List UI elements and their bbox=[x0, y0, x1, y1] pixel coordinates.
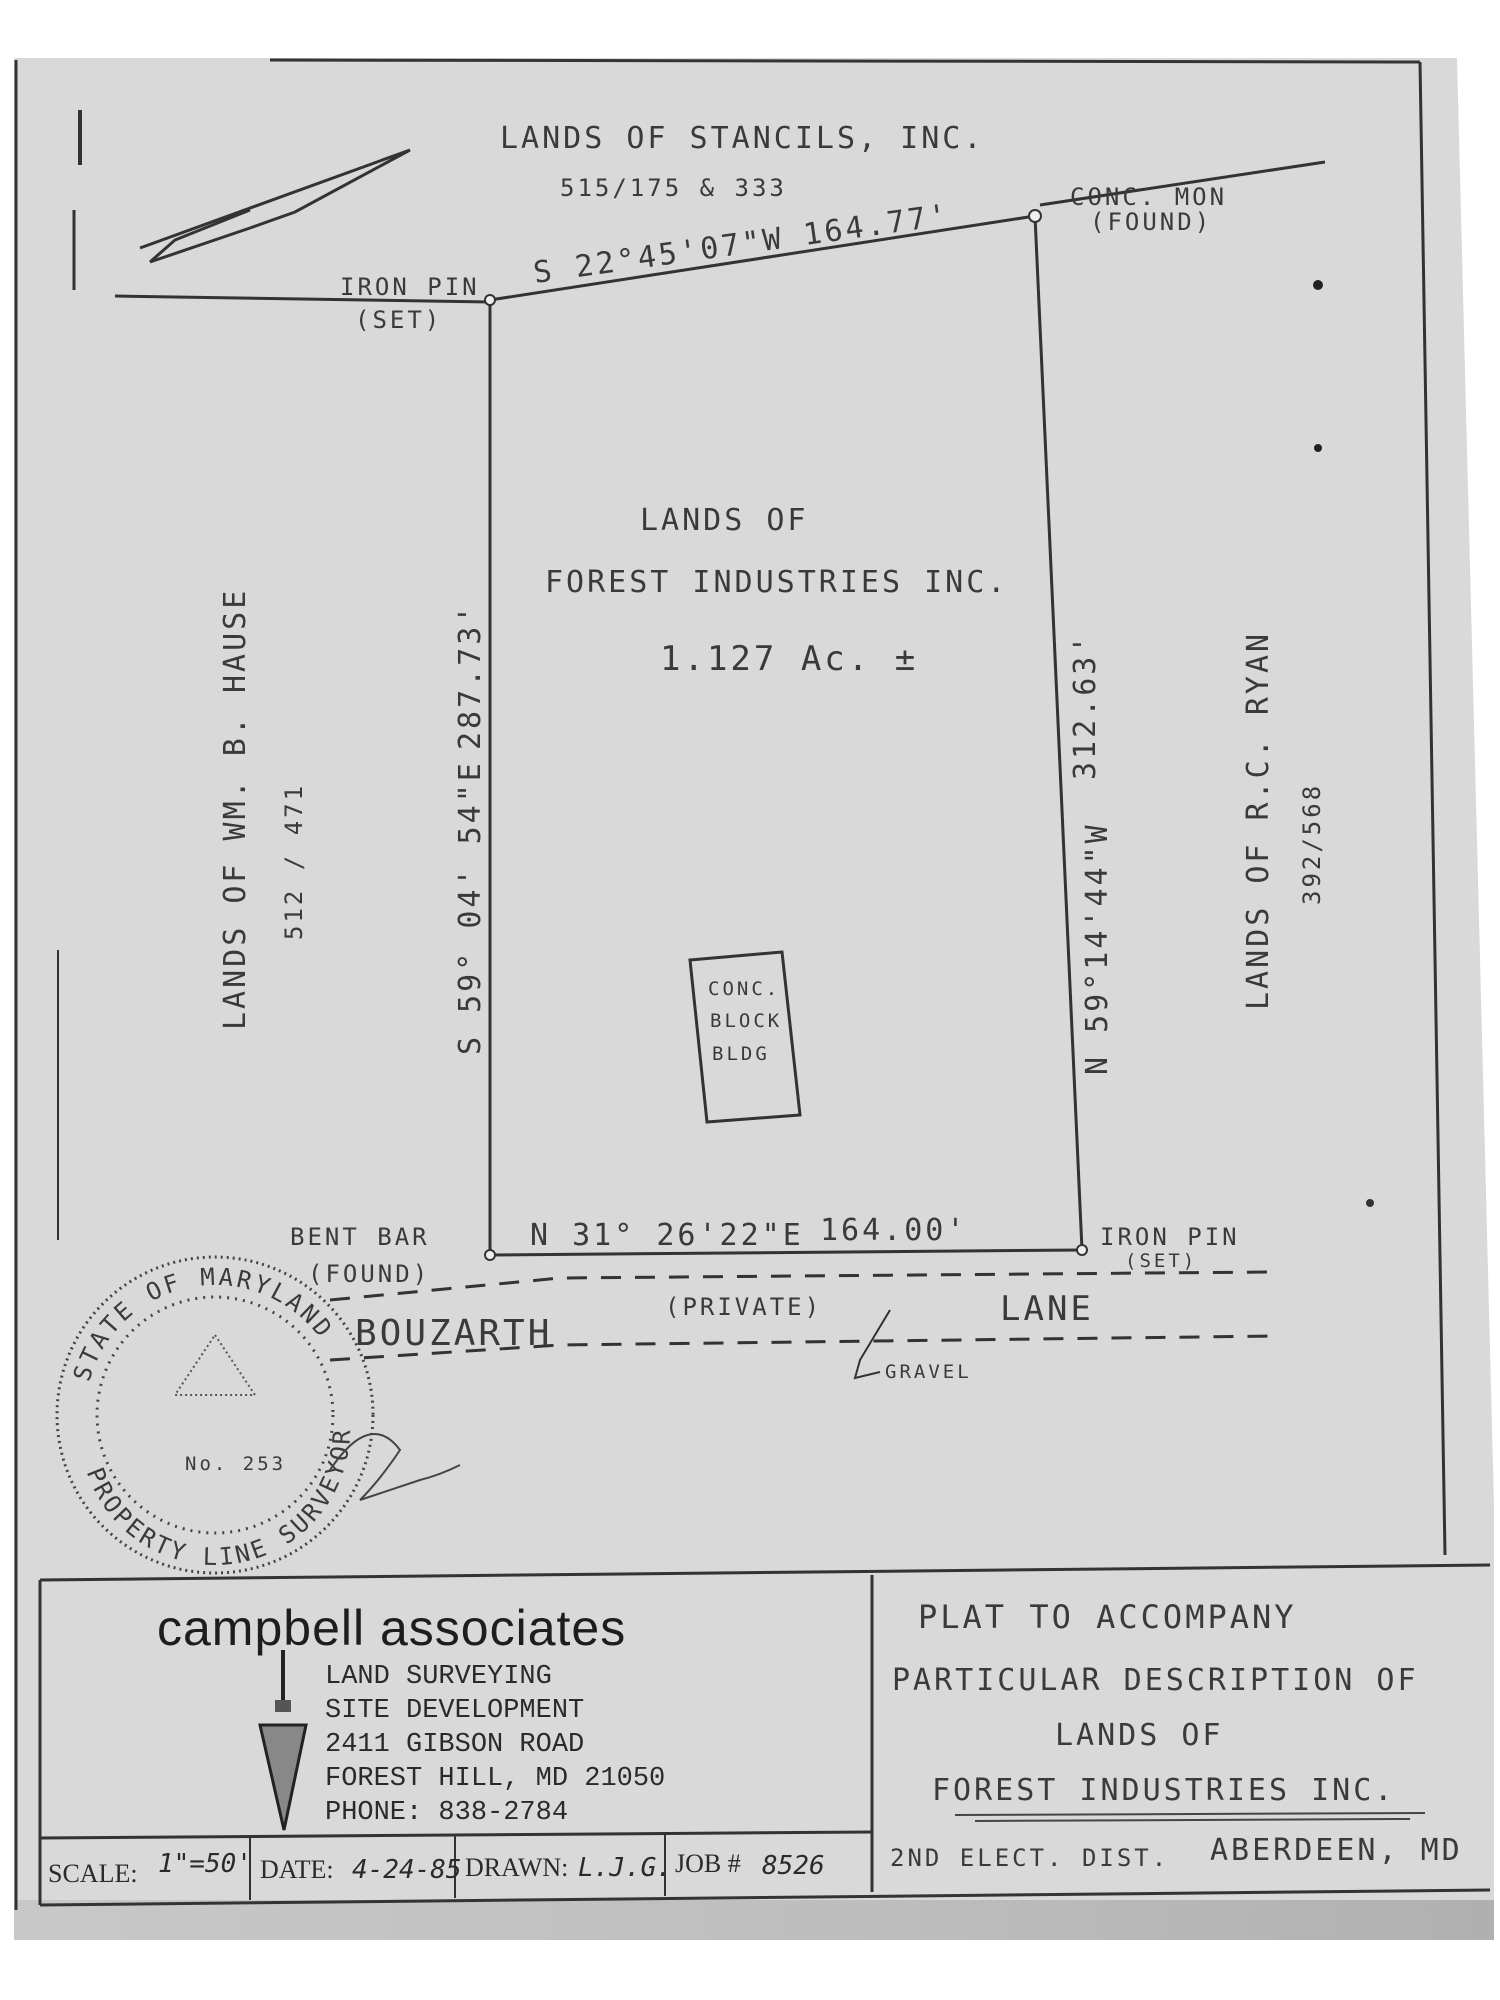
seal-emblem-icon bbox=[175, 1335, 255, 1395]
company-name: campbell associates bbox=[157, 1600, 626, 1656]
south-bearing: N 31° 26'22"E bbox=[530, 1218, 804, 1253]
ne-corner-label: CONC. MON bbox=[1070, 183, 1227, 211]
road-surface: GRAVEL bbox=[885, 1361, 972, 1383]
title-line2: PARTICULAR DESCRIPTION OF bbox=[892, 1663, 1419, 1698]
svg-text:BLOCK: BLOCK bbox=[710, 1010, 782, 1032]
address-line1: 2411 GIBSON ROAD bbox=[325, 1730, 584, 1760]
survey-plat-drawing: CONC. BLOCK BLDG LANDS OF STANCILS, INC.… bbox=[0, 0, 1500, 2000]
west-bearing: S 59° 04' 54"E bbox=[453, 760, 488, 1055]
scale-value: 1"=50' bbox=[158, 1849, 252, 1879]
bent-bar-icon bbox=[485, 1250, 495, 1260]
service-2: SITE DEVELOPMENT bbox=[325, 1696, 584, 1726]
surveyor-seal: STATE OF MARYLAND PROPERTY LINE SURVEYOR… bbox=[57, 1257, 460, 1573]
parcel-area: 1.127 Ac. ± bbox=[660, 639, 918, 679]
seal-top-text: STATE OF MARYLAND bbox=[68, 1263, 339, 1385]
north-arrow-icon bbox=[140, 150, 410, 262]
date-value: 4-24-85 bbox=[352, 1855, 462, 1885]
seal-number: No. 253 bbox=[185, 1453, 286, 1475]
ne-corner-status: (FOUND) bbox=[1090, 208, 1212, 236]
road-name-part1: BOUZARTH bbox=[355, 1313, 552, 1354]
seal-bottom-text: PROPERTY LINE SURVEYOR bbox=[81, 1426, 356, 1571]
scale-label: SCALE: bbox=[48, 1859, 138, 1888]
title-line3: LANDS OF bbox=[1055, 1718, 1224, 1753]
adjoiner-west-label: LANDS OF WM. B. HAUSE bbox=[218, 588, 253, 1030]
north-distance: 164.77' bbox=[801, 198, 952, 253]
svg-text:BLDG: BLDG bbox=[712, 1043, 770, 1065]
location: ABERDEEN, MD bbox=[1210, 1833, 1463, 1868]
election-district: 2ND ELECT. DIST. bbox=[890, 1844, 1169, 1872]
east-distance: 312.63' bbox=[1068, 633, 1103, 780]
title-line4: FOREST INDUSTRIES INC. bbox=[932, 1773, 1395, 1808]
nw-corner-label: IRON PIN bbox=[340, 273, 480, 301]
job-value: 8526 bbox=[762, 1851, 825, 1881]
sw-corner-label: BENT BAR bbox=[290, 1223, 430, 1251]
svg-text:CONC.: CONC. bbox=[708, 978, 780, 1000]
parcel-label-line2: FOREST INDUSTRIES INC. bbox=[545, 565, 1008, 600]
date-label: DATE: bbox=[260, 1855, 334, 1884]
drawn-label: DRAWN: bbox=[465, 1853, 568, 1882]
north-bearing: S 22°45'07"W bbox=[531, 221, 786, 291]
parcel-label-line1: LANDS OF bbox=[640, 503, 809, 538]
road-name-part2: LANE bbox=[1000, 1289, 1094, 1329]
adjoiner-north-deed: 515/175 & 333 bbox=[560, 174, 787, 202]
adjoiner-east-deed: 392/568 bbox=[1298, 783, 1326, 905]
title-line1: PLAT TO ACCOMPANY bbox=[918, 1598, 1297, 1636]
south-distance: 164.00' bbox=[820, 1213, 967, 1248]
concrete-block-building: CONC. BLOCK BLDG bbox=[690, 952, 800, 1122]
adjoiner-east-label: LANDS OF R.C. RYAN bbox=[1241, 631, 1276, 1010]
sw-corner-status: (FOUND) bbox=[308, 1260, 430, 1288]
service-1: LAND SURVEYING bbox=[325, 1662, 552, 1692]
east-bearing: N 59°14'44"W bbox=[1080, 822, 1115, 1075]
adjoiner-west-deed: 512 / 471 bbox=[280, 783, 308, 940]
drawn-value: L.J.G. bbox=[578, 1853, 672, 1883]
se-corner-label: IRON PIN bbox=[1100, 1223, 1240, 1251]
west-distance: 287.73' bbox=[453, 603, 488, 750]
phone-number: PHONE: 838-2784 bbox=[325, 1798, 568, 1828]
parcel-boundary bbox=[485, 210, 1087, 1260]
iron-pin-se-icon bbox=[1077, 1245, 1087, 1255]
address-line2: FOREST HILL, MD 21050 bbox=[325, 1764, 665, 1794]
iron-pin-nw-icon bbox=[485, 295, 495, 305]
se-corner-status: (SET) bbox=[1125, 1250, 1197, 1272]
job-label: JOB # bbox=[675, 1849, 741, 1878]
plumb-bob-icon bbox=[260, 1650, 306, 1830]
concrete-monument-icon bbox=[1029, 210, 1041, 222]
adjoiner-north-label: LANDS OF STANCILS, INC. bbox=[500, 121, 984, 156]
nw-corner-status: (SET) bbox=[355, 306, 442, 334]
road-type: (PRIVATE) bbox=[665, 1293, 822, 1321]
